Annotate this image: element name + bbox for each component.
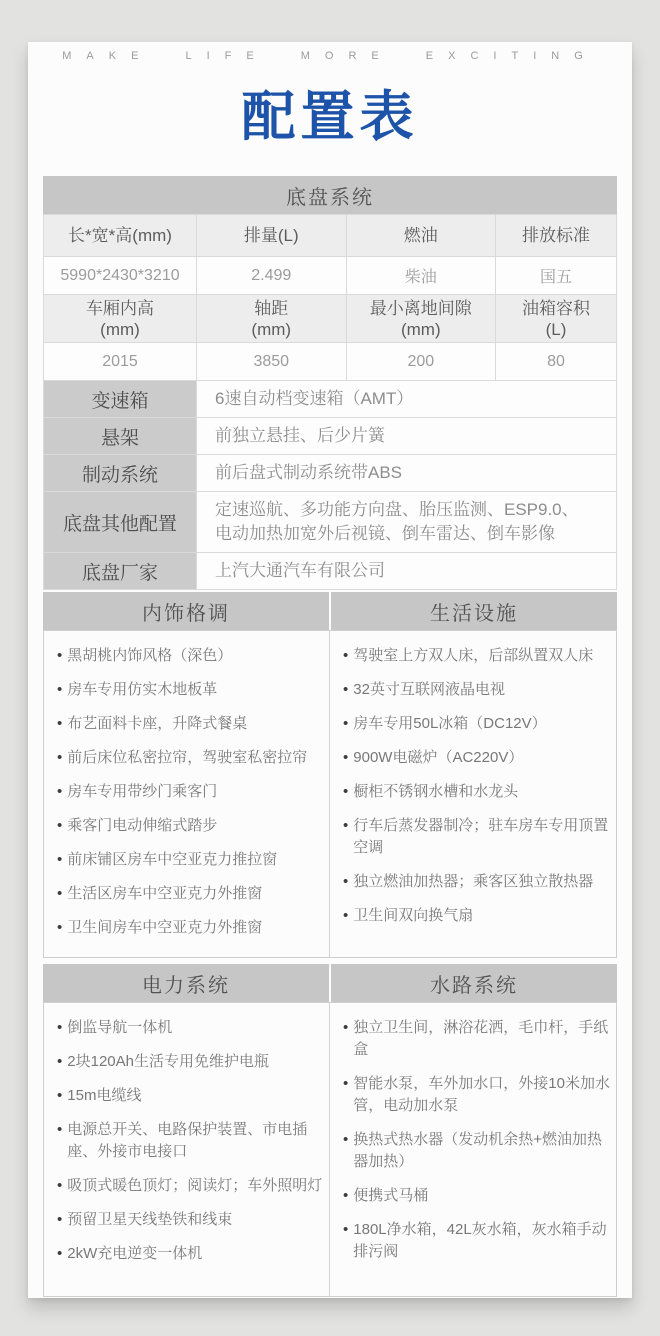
list-item: 电源总开关、电路保护装置、市电插座、外接市电接口 — [57, 1119, 323, 1163]
bullet-icon — [57, 917, 62, 939]
spec-value-cell: 国五 — [496, 257, 617, 295]
spec-value-cell: 5990*2430*3210 — [44, 257, 197, 295]
bullet-icon — [343, 1219, 348, 1241]
bullet-icon — [343, 679, 348, 701]
list-item: 前后床位私密拉帘，驾驶室私密拉帘 — [57, 747, 323, 769]
section-header-interior-style: 内饰格调 — [43, 592, 329, 630]
section-header-living-facilities: 生活设施 — [331, 592, 617, 630]
spec-header-cell: 最小离地间隙 (mm) — [346, 295, 496, 343]
section-header-electrical-system: 电力系统 — [43, 964, 329, 1002]
bullet-icon — [343, 747, 348, 769]
list-item: 独立燃油加热器；乘客区独立散热器 — [343, 871, 610, 893]
feature-list-interior-style: 黑胡桃内饰风格（深色） 房车专用仿实木地板革 布艺面料卡座，升降式餐桌 前后床位… — [44, 631, 329, 957]
section-header-row: 内饰格调 生活设施 — [43, 592, 617, 630]
bullet-icon — [343, 713, 348, 735]
living-facilities-column: 驾驶室上方双人床，后部纵置双人床 32英寸互联网液晶电视 房车专用50L冰箱（D… — [330, 631, 616, 957]
list-item: 32英寸互联网液晶电视 — [343, 679, 610, 701]
list-item: 布艺面料卡座，升降式餐桌 — [57, 713, 323, 735]
chassis-row-label: 底盘其他配置 — [44, 492, 197, 553]
bullet-icon — [57, 1209, 62, 1231]
spec-header-cell: 排量(L) — [196, 215, 346, 257]
list-item: 卫生间房车中空亚克力外推窗 — [57, 917, 323, 939]
bullet-icon — [57, 1175, 62, 1197]
bullet-icon — [57, 781, 62, 803]
list-item: 房车专用50L冰箱（DC12V） — [343, 713, 610, 735]
page-title: 配置表 — [43, 86, 617, 148]
bullet-icon — [343, 645, 348, 667]
bullet-icon — [343, 1073, 348, 1095]
list-item: 房车专用仿实木地板革 — [57, 679, 323, 701]
bullet-icon — [343, 815, 348, 837]
spec-header-cell: 长*宽*高(mm) — [44, 215, 197, 257]
chassis-row-value: 定速巡航、多功能方向盘、胎压监测、ESP9.0、电动加热加宽外后视镜、倒车雷达、… — [196, 492, 616, 553]
bullet-icon — [343, 781, 348, 803]
bullet-icon — [57, 645, 62, 667]
list-item: 行车后蒸发器制冷；驻车房车专用顶置空调 — [343, 815, 610, 859]
bullet-icon — [57, 883, 62, 905]
feature-list-living-facilities: 驾驶室上方双人床，后部纵置双人床 32英寸互联网液晶电视 房车专用50L冰箱（D… — [330, 631, 616, 945]
bullet-icon — [57, 849, 62, 871]
list-item: 房车专用带纱门乘客门 — [57, 781, 323, 803]
section-header-chassis-system: 底盘系统 — [43, 176, 617, 214]
list-item: 2块120Ah生活专用免维护电瓶 — [57, 1051, 323, 1073]
bullet-icon — [343, 1017, 348, 1039]
list-item: 橱柜不锈钢水槽和水龙头 — [343, 781, 610, 803]
list-item: 预留卫星天线垫铁和线束 — [57, 1209, 323, 1231]
list-item: 2kW充电逆变一体机 — [57, 1243, 323, 1265]
bullet-icon — [57, 1243, 62, 1265]
chassis-row-label: 悬架 — [44, 418, 197, 455]
section-header-water-system: 水路系统 — [331, 964, 617, 1002]
electrical-system-column: 倒监导航一体机 2块120Ah生活专用免维护电瓶 15m电缆线 电源总开关、电路… — [44, 1003, 330, 1296]
feature-list-water-system: 独立卫生间，淋浴花洒，毛巾杆，手纸盒 智能水泵，车外加水口，外接10米加水管，电… — [330, 1003, 616, 1281]
feature-panel: 倒监导航一体机 2块120Ah生活专用免维护电瓶 15m电缆线 电源总开关、电路… — [43, 1002, 617, 1297]
list-item: 智能水泵，车外加水口，外接10米加水管，电动加水泵 — [343, 1073, 610, 1117]
chassis-row-value: 6速自动档变速箱（AMT） — [196, 381, 616, 418]
poster-card: MAKE LIFE MORE EXCITING 配置表 底盘系统 长*宽*高(m… — [28, 42, 632, 1298]
bullet-icon — [343, 905, 348, 927]
spec-value-cell: 200 — [346, 343, 496, 381]
bullet-icon — [343, 871, 348, 893]
interior-style-column: 黑胡桃内饰风格（深色） 房车专用仿实木地板革 布艺面料卡座，升降式餐桌 前后床位… — [44, 631, 330, 957]
list-item: 乘客门电动伸缩式踏步 — [57, 815, 323, 837]
chassis-row-label: 制动系统 — [44, 455, 197, 492]
spec-header-cell: 排放标准 — [496, 215, 617, 257]
chassis-row-label: 变速箱 — [44, 381, 197, 418]
list-item: 吸顶式暖色顶灯；阅读灯；车外照明灯 — [57, 1175, 323, 1197]
chassis-row-value: 前独立悬挂、后少片簧 — [196, 418, 616, 455]
chassis-spec-table: 长*宽*高(mm) 排量(L) 燃油 排放标准 5990*2430*3210 2… — [43, 214, 617, 590]
spec-value-cell: 2015 — [44, 343, 197, 381]
spec-value-cell: 2.499 — [196, 257, 346, 295]
spec-header-cell: 车厢内高 (mm) — [44, 295, 197, 343]
list-item: 驾驶室上方双人床，后部纵置双人床 — [343, 645, 610, 667]
list-item: 180L净水箱，42L灰水箱，灰水箱手动排污阀 — [343, 1219, 610, 1263]
bullet-icon — [57, 815, 62, 837]
bullet-icon — [57, 1085, 62, 1107]
list-item: 便携式马桶 — [343, 1185, 610, 1207]
spec-value-cell: 柴油 — [346, 257, 496, 295]
list-item: 倒监导航一体机 — [57, 1017, 323, 1039]
spec-header-cell: 油箱容积 (L) — [496, 295, 617, 343]
spec-value-cell: 80 — [496, 343, 617, 381]
list-item: 独立卫生间，淋浴花洒，毛巾杆，手纸盒 — [343, 1017, 610, 1061]
bullet-icon — [57, 713, 62, 735]
list-item: 黑胡桃内饰风格（深色） — [57, 645, 323, 667]
chassis-row-value: 前后盘式制动系统带ABS — [196, 455, 616, 492]
bullet-icon — [57, 1051, 62, 1073]
list-item: 生活区房车中空亚克力外推窗 — [57, 883, 323, 905]
list-item: 900W电磁炉（AC220V） — [343, 747, 610, 769]
chassis-row-label: 底盘厂家 — [44, 553, 197, 590]
spec-header-cell: 轴距 (mm) — [196, 295, 346, 343]
list-item: 前床铺区房车中空亚克力推拉窗 — [57, 849, 323, 871]
slogan-text: MAKE LIFE MORE EXCITING — [43, 50, 617, 62]
chassis-row-value: 上汽大通汽车有限公司 — [196, 553, 616, 590]
list-item: 15m电缆线 — [57, 1085, 323, 1107]
feature-panel: 黑胡桃内饰风格（深色） 房车专用仿实木地板革 布艺面料卡座，升降式餐桌 前后床位… — [43, 630, 617, 958]
bullet-icon — [343, 1129, 348, 1151]
spec-value-cell: 3850 — [196, 343, 346, 381]
water-system-column: 独立卫生间，淋浴花洒，毛巾杆，手纸盒 智能水泵，车外加水口，外接10米加水管，电… — [330, 1003, 616, 1296]
bullet-icon — [57, 1119, 62, 1141]
section-header-row: 电力系统 水路系统 — [43, 964, 617, 1002]
list-item: 卫生间双向换气扇 — [343, 905, 610, 927]
list-item: 换热式热水器（发动机余热+燃油加热器加热） — [343, 1129, 610, 1173]
feature-list-electrical-system: 倒监导航一体机 2块120Ah生活专用免维护电瓶 15m电缆线 电源总开关、电路… — [44, 1003, 329, 1283]
bullet-icon — [57, 747, 62, 769]
spec-header-cell: 燃油 — [346, 215, 496, 257]
bullet-icon — [57, 1017, 62, 1039]
bullet-icon — [57, 679, 62, 701]
bullet-icon — [343, 1185, 348, 1207]
